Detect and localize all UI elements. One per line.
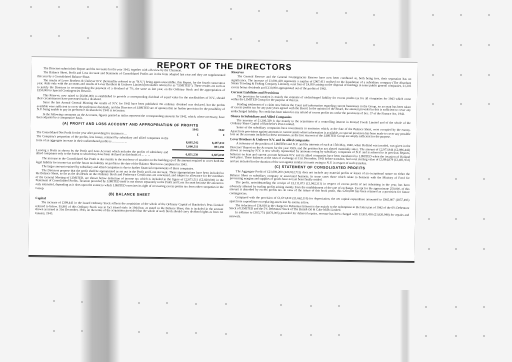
year-1943: 1943 — [172, 128, 198, 132]
lever-paragraph: A summary of the position of LIMITED and… — [230, 142, 410, 166]
section-c-paragraph: In addition to £935,774 (£876,005) provi… — [229, 211, 409, 221]
profit-row-1942: 891,192 — [198, 146, 224, 151]
scan-shadow — [400, 290, 410, 362]
profit-row-1942: £ — [198, 133, 224, 137]
section-b-paragraph: The increase of £399,441 in the issued O… — [35, 201, 223, 218]
right-column: Reserves The General Reserve and the Gen… — [229, 70, 411, 222]
scan-shadow — [118, 0, 154, 62]
profit-row-1943: 1,000,311 — [172, 146, 198, 151]
profit-row-1943: £ — [172, 133, 198, 137]
left-column: The Directors submit their Report and th… — [35, 67, 225, 219]
scan-shadow — [398, 0, 412, 58]
section-a-paragraph: The Directors propose that the profit sh… — [35, 169, 223, 193]
report-page: REPORT OF THE DIRECTORS The Directors su… — [28, 57, 417, 262]
scan-shadow — [80, 280, 120, 362]
year-1942: 1942 — [198, 129, 224, 133]
